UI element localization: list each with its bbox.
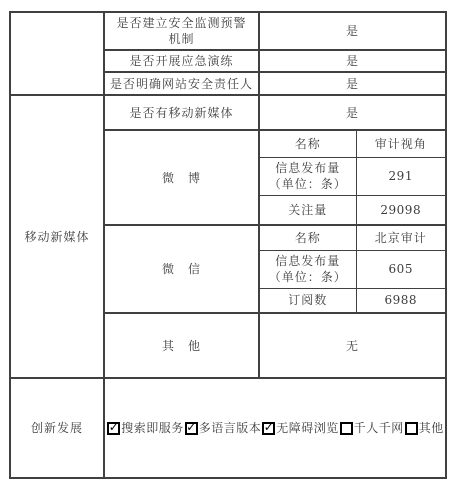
metric-label-line2: （单位：条） [265, 269, 351, 285]
checkbox-option-multilingual: ✓ 多语言版本 [184, 420, 262, 436]
checkbox-label: 千人千网 [354, 420, 404, 436]
checkbox-icon: ✓ [262, 422, 275, 435]
category-cell-empty [10, 12, 104, 95]
question-cell: 是否开展应急演练 [104, 50, 259, 72]
metric-cell: 信息发布量 （单位：条） [259, 157, 356, 195]
checkbox-label: 其他 [419, 420, 444, 436]
platform-cell-other: 其 他 [104, 313, 259, 378]
innovation-options-cell: ✓ 搜索即服务 ✓ 多语言版本 ✓ 无障碍浏览 ✓ 千人千网 [104, 378, 446, 478]
value-cell: 审计视角 [356, 130, 446, 157]
checkbox-option-search-service: ✓ 搜索即服务 [106, 420, 184, 436]
value-cell: 291 [356, 157, 446, 195]
checkbox-label: 搜索即服务 [121, 420, 184, 436]
metric-cell: 信息发布量 （单位：条） [259, 250, 356, 288]
checkbox-option-other: ✓ 其他 [404, 420, 444, 436]
checkmark-icon: ✓ [264, 421, 274, 433]
platform-cell-weibo: 微 博 [104, 130, 259, 225]
table-row: 是否建立安全监测预警机制 是 [10, 12, 446, 50]
category-cell-innovation: 创新发展 [10, 378, 104, 478]
metric-cell: 关注量 [259, 195, 356, 225]
question-cell: 是否建立安全监测预警机制 [104, 12, 259, 50]
checkbox-icon: ✓ [405, 422, 418, 435]
table-row: 创新发展 ✓ 搜索即服务 ✓ 多语言版本 ✓ 无障碍浏览 [10, 378, 446, 478]
checkbox-icon: ✓ [107, 422, 120, 435]
category-cell-mobile-media: 移动新媒体 [10, 95, 104, 378]
report-table: 是否建立安全监测预警机制 是 是否开展应急演练 是 是否明确网站安全责任人 是 … [9, 11, 447, 479]
checkbox-option-accessibility: ✓ 无障碍浏览 [261, 420, 339, 436]
value-cell: 6988 [356, 288, 446, 313]
metric-cell: 名称 [259, 225, 356, 250]
platform-cell-wechat: 微 信 [104, 225, 259, 313]
answer-cell: 是 [259, 72, 446, 95]
answer-cell: 是 [259, 12, 446, 50]
value-cell: 29098 [356, 195, 446, 225]
checkbox-label: 无障碍浏览 [276, 420, 339, 436]
checkbox-label: 多语言版本 [199, 420, 262, 436]
checkbox-icon: ✓ [185, 422, 198, 435]
checkbox-icon: ✓ [340, 422, 353, 435]
metric-cell: 名称 [259, 130, 356, 157]
question-label: 是否建立安全监测预警机制 [111, 15, 252, 47]
metric-label-line2: （单位：条） [265, 176, 351, 192]
value-cell: 北京审计 [356, 225, 446, 250]
question-cell: 是否有移动新媒体 [104, 95, 259, 130]
table-row: 移动新媒体 是否有移动新媒体 是 [10, 95, 446, 130]
checkmark-icon: ✓ [109, 421, 119, 433]
metric-label-line1: 信息发布量 [265, 160, 351, 176]
answer-cell: 无 [259, 313, 446, 378]
document-page: 是否建立安全监测预警机制 是 是否开展应急演练 是 是否明确网站安全责任人 是 … [0, 0, 456, 489]
metric-label-line1: 信息发布量 [265, 253, 351, 269]
answer-cell: 是 [259, 95, 446, 130]
checkbox-option-personalized: ✓ 千人千网 [339, 420, 404, 436]
answer-cell: 是 [259, 50, 446, 72]
checkmark-icon: ✓ [186, 421, 196, 433]
metric-cell: 订阅数 [259, 288, 356, 313]
value-cell: 605 [356, 250, 446, 288]
checkbox-row: ✓ 搜索即服务 ✓ 多语言版本 ✓ 无障碍浏览 ✓ 千人千网 [110, 420, 440, 436]
question-cell: 是否明确网站安全责任人 [104, 72, 259, 95]
